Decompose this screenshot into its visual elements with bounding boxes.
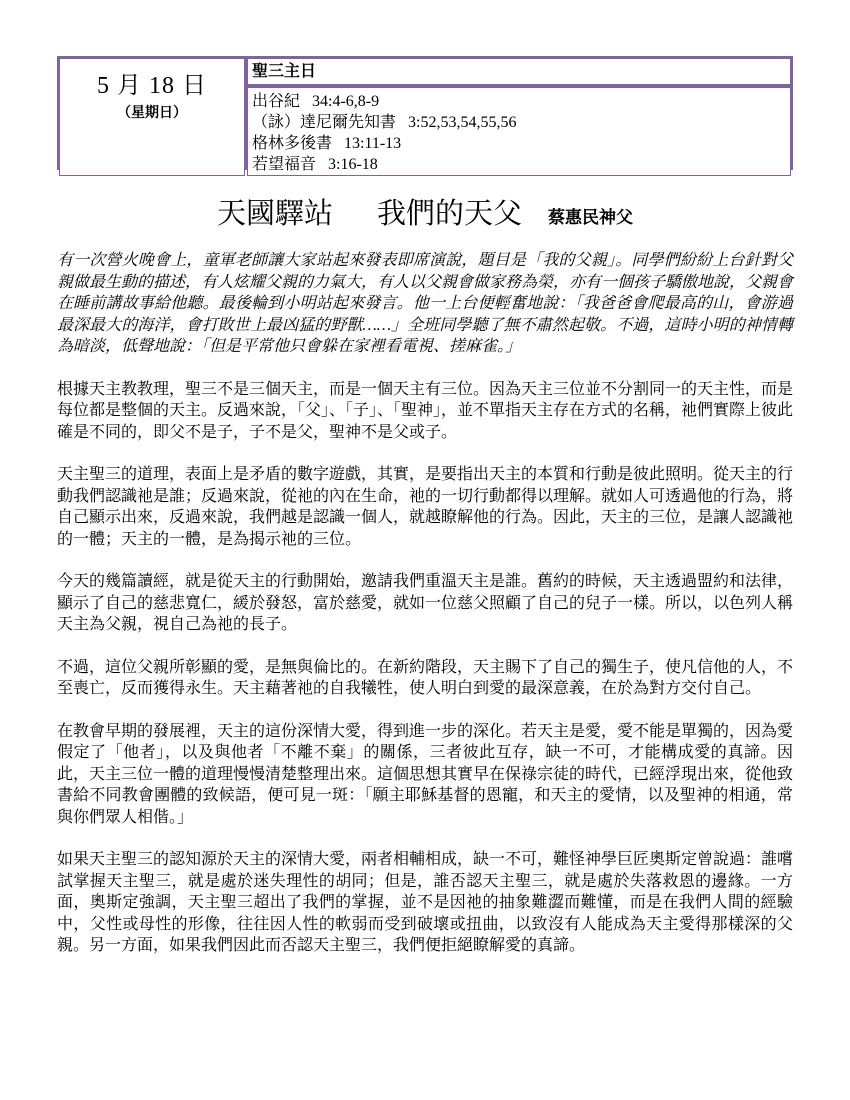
article-body: 有一次營火晚會上，童軍老師讓大家站起來發表即席演說，題目是「我的父親」。同學們紛…: [57, 250, 793, 957]
paragraph-early-church: 在教會早期的發展裡，天主的這份深情大愛，得到進一步的深化。若天主是愛，愛不能是單…: [57, 721, 793, 829]
liturgy-table: 5 月 18 日 （星期日） 聖三主日 出谷紀 34:4-6,8-9 （詠）達尼…: [57, 56, 793, 170]
weekday-text: （星期日）: [60, 102, 244, 122]
page-content: 5 月 18 日 （星期日） 聖三主日 出谷紀 34:4-6,8-9 （詠）達尼…: [57, 56, 793, 978]
reading-line: 若望福音 3:16-18: [252, 154, 786, 175]
date-text: 5 月 18 日: [60, 65, 244, 100]
author-name: 蔡惠民神父: [548, 208, 633, 227]
paragraph-doctrine: 根據天主教教理，聖三不是三個天主，而是一個天主有三位。因為天主三位並不分割同一的…: [57, 379, 793, 444]
paragraph-readings-ot: 今天的幾篇讀經，就是從天主的行動開始，邀請我們重溫天主是誰。舊約的時候，天主透過…: [57, 571, 793, 636]
date-cell: 5 月 18 日 （星期日）: [59, 58, 245, 176]
article-title: 天國驛站 我們的天父 蔡惠民神父: [57, 194, 793, 234]
reading-line: 格林多後書 13:11-13: [252, 133, 786, 154]
article-main-title: 我們的天父: [377, 198, 522, 230]
feast-title: 聖三主日: [252, 63, 316, 80]
readings-cell: 出谷紀 34:4-6,8-9 （詠）達尼爾先知書 3:52,53,54,55,5…: [247, 87, 791, 176]
document-page: 5 月 18 日 （星期日） 聖三主日 出谷紀 34:4-6,8-9 （詠）達尼…: [0, 0, 850, 1100]
reading-line: 出谷紀 34:4-6,8-9: [252, 91, 786, 112]
paragraph-story: 有一次營火晚會上，童軍老師讓大家站起來發表即席演說，題目是「我的父親」。同學們紛…: [57, 250, 793, 358]
paragraph-augustine: 如果天主聖三的認知源於天主的深情大愛，兩者相輔相成，缺一不可，難怪神學巨匠奧斯定…: [57, 849, 793, 957]
reading-line: （詠）達尼爾先知書 3:52,53,54,55,56: [252, 112, 786, 133]
paragraph-trinity-logic: 天主聖三的道理，表面上是矛盾的數字遊戲，其實，是要指出天主的本質和行動是彼此照明…: [57, 464, 793, 550]
feast-cell: 聖三主日: [247, 58, 791, 85]
series-title: 天國驛站: [217, 198, 333, 230]
paragraph-nt-love: 不過，這位父親所彰顯的愛，是無與倫比的。在新約階段，天主賜下了自己的獨生子，使凡…: [57, 657, 793, 700]
